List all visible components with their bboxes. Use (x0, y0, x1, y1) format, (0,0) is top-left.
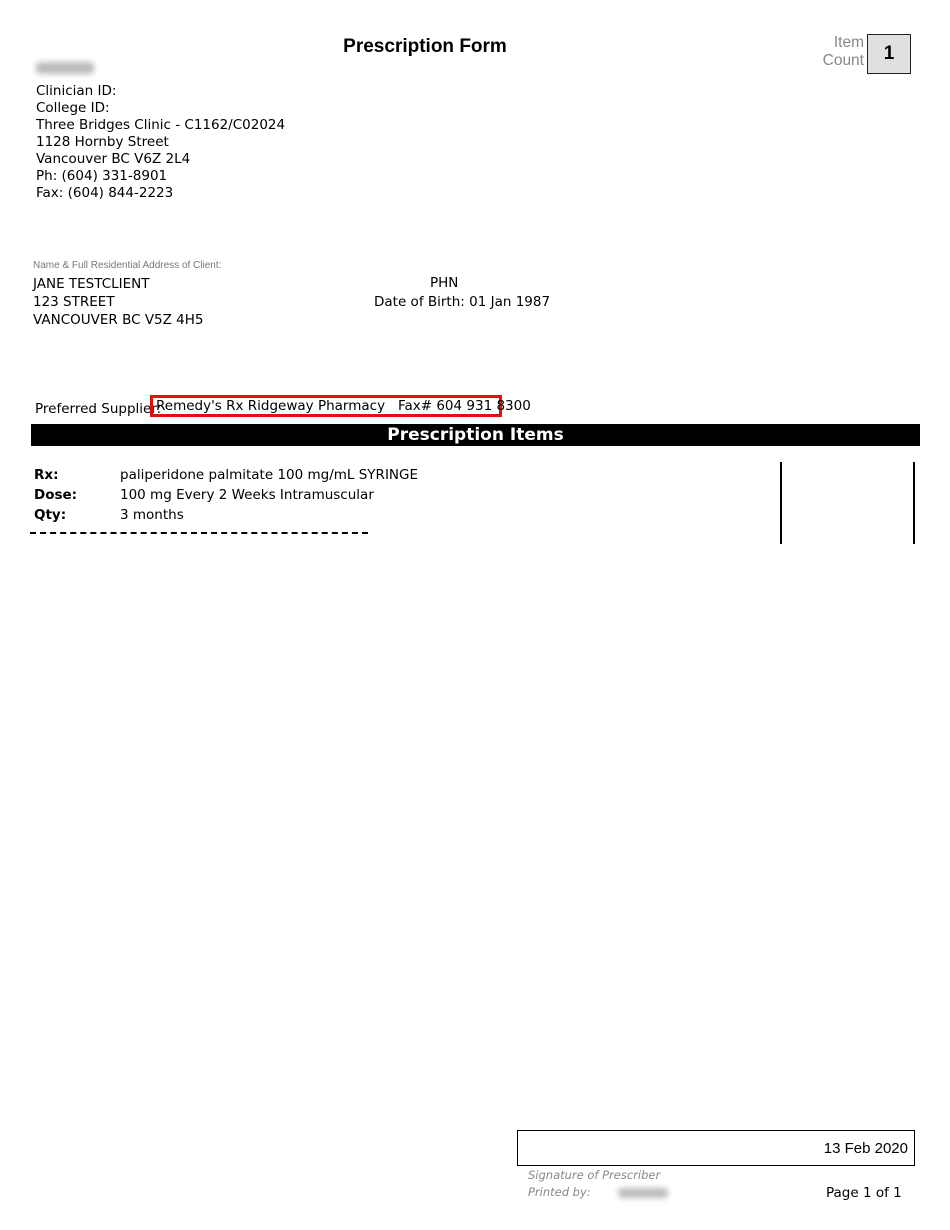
item-count-label: Item Count (815, 34, 864, 70)
clinic-city: Vancouver BC V6Z 2L4 (36, 151, 285, 168)
clinic-info: Clinician ID: College ID: Three Bridges … (36, 83, 285, 202)
date-of-birth: Date of Birth: 01 Jan 1987 (374, 294, 550, 310)
qty-value: 3 months (120, 507, 184, 523)
printed-by-name-redacted: Redacted (618, 1188, 668, 1198)
client-name: JANE TESTCLIENT (33, 275, 204, 293)
column-divider-left (780, 462, 782, 544)
dose-value: 100 mg Every 2 Weeks Intramuscular (120, 487, 374, 503)
clinic-street: 1128 Hornby Street (36, 134, 285, 151)
rx-value: paliperidone palmitate 100 mg/mL SYRINGE (120, 467, 418, 483)
page-number: Page 1 of 1 (826, 1185, 902, 1201)
supplier-text: Remedy's Rx Ridgeway Pharmacy Fax# 604 9… (156, 398, 531, 414)
qty-key: Qty: (34, 507, 66, 523)
signature-label: Signature of Prescriber (528, 1168, 660, 1182)
printed-by-label: Printed by: (528, 1185, 591, 1199)
count-label: Count (815, 52, 864, 70)
clinic-name: Three Bridges Clinic - C1162/C02024 (36, 117, 285, 134)
item-separator (30, 532, 368, 534)
dob-value: 01 Jan 1987 (469, 294, 550, 310)
item-label: Item (815, 34, 864, 52)
preferred-supplier-label: Preferred Supplier: (35, 401, 161, 417)
column-divider-right (913, 462, 915, 544)
rx-key: Rx: (34, 467, 59, 483)
page-title: Prescription Form (0, 36, 850, 58)
signature-date: 13 Feb 2020 (824, 1140, 908, 1157)
item-count-value: 1 (867, 34, 911, 74)
client-address-label: Name & Full Residential Address of Clien… (33, 260, 221, 271)
phn-label: PHN (430, 275, 458, 291)
client-city: VANCOUVER BC V5Z 4H5 (33, 311, 204, 329)
clinician-name-redacted: Redacted (36, 62, 94, 74)
clinician-id: Clinician ID: (36, 83, 285, 100)
client-address: JANE TESTCLIENT 123 STREET VANCOUVER BC … (33, 275, 204, 329)
signature-box[interactable]: 13 Feb 2020 (517, 1130, 915, 1166)
college-id: College ID: (36, 100, 285, 117)
prescription-items-header: Prescription Items (31, 424, 920, 446)
dose-key: Dose: (34, 487, 77, 503)
dob-label: Date of Birth: (374, 294, 465, 310)
client-street: 123 STREET (33, 293, 204, 311)
clinic-fax: Fax: (604) 844-2223 (36, 185, 285, 202)
clinic-phone: Ph: (604) 331-8901 (36, 168, 285, 185)
preferred-supplier-value[interactable]: Remedy's Rx Ridgeway Pharmacy Fax# 604 9… (150, 395, 502, 417)
